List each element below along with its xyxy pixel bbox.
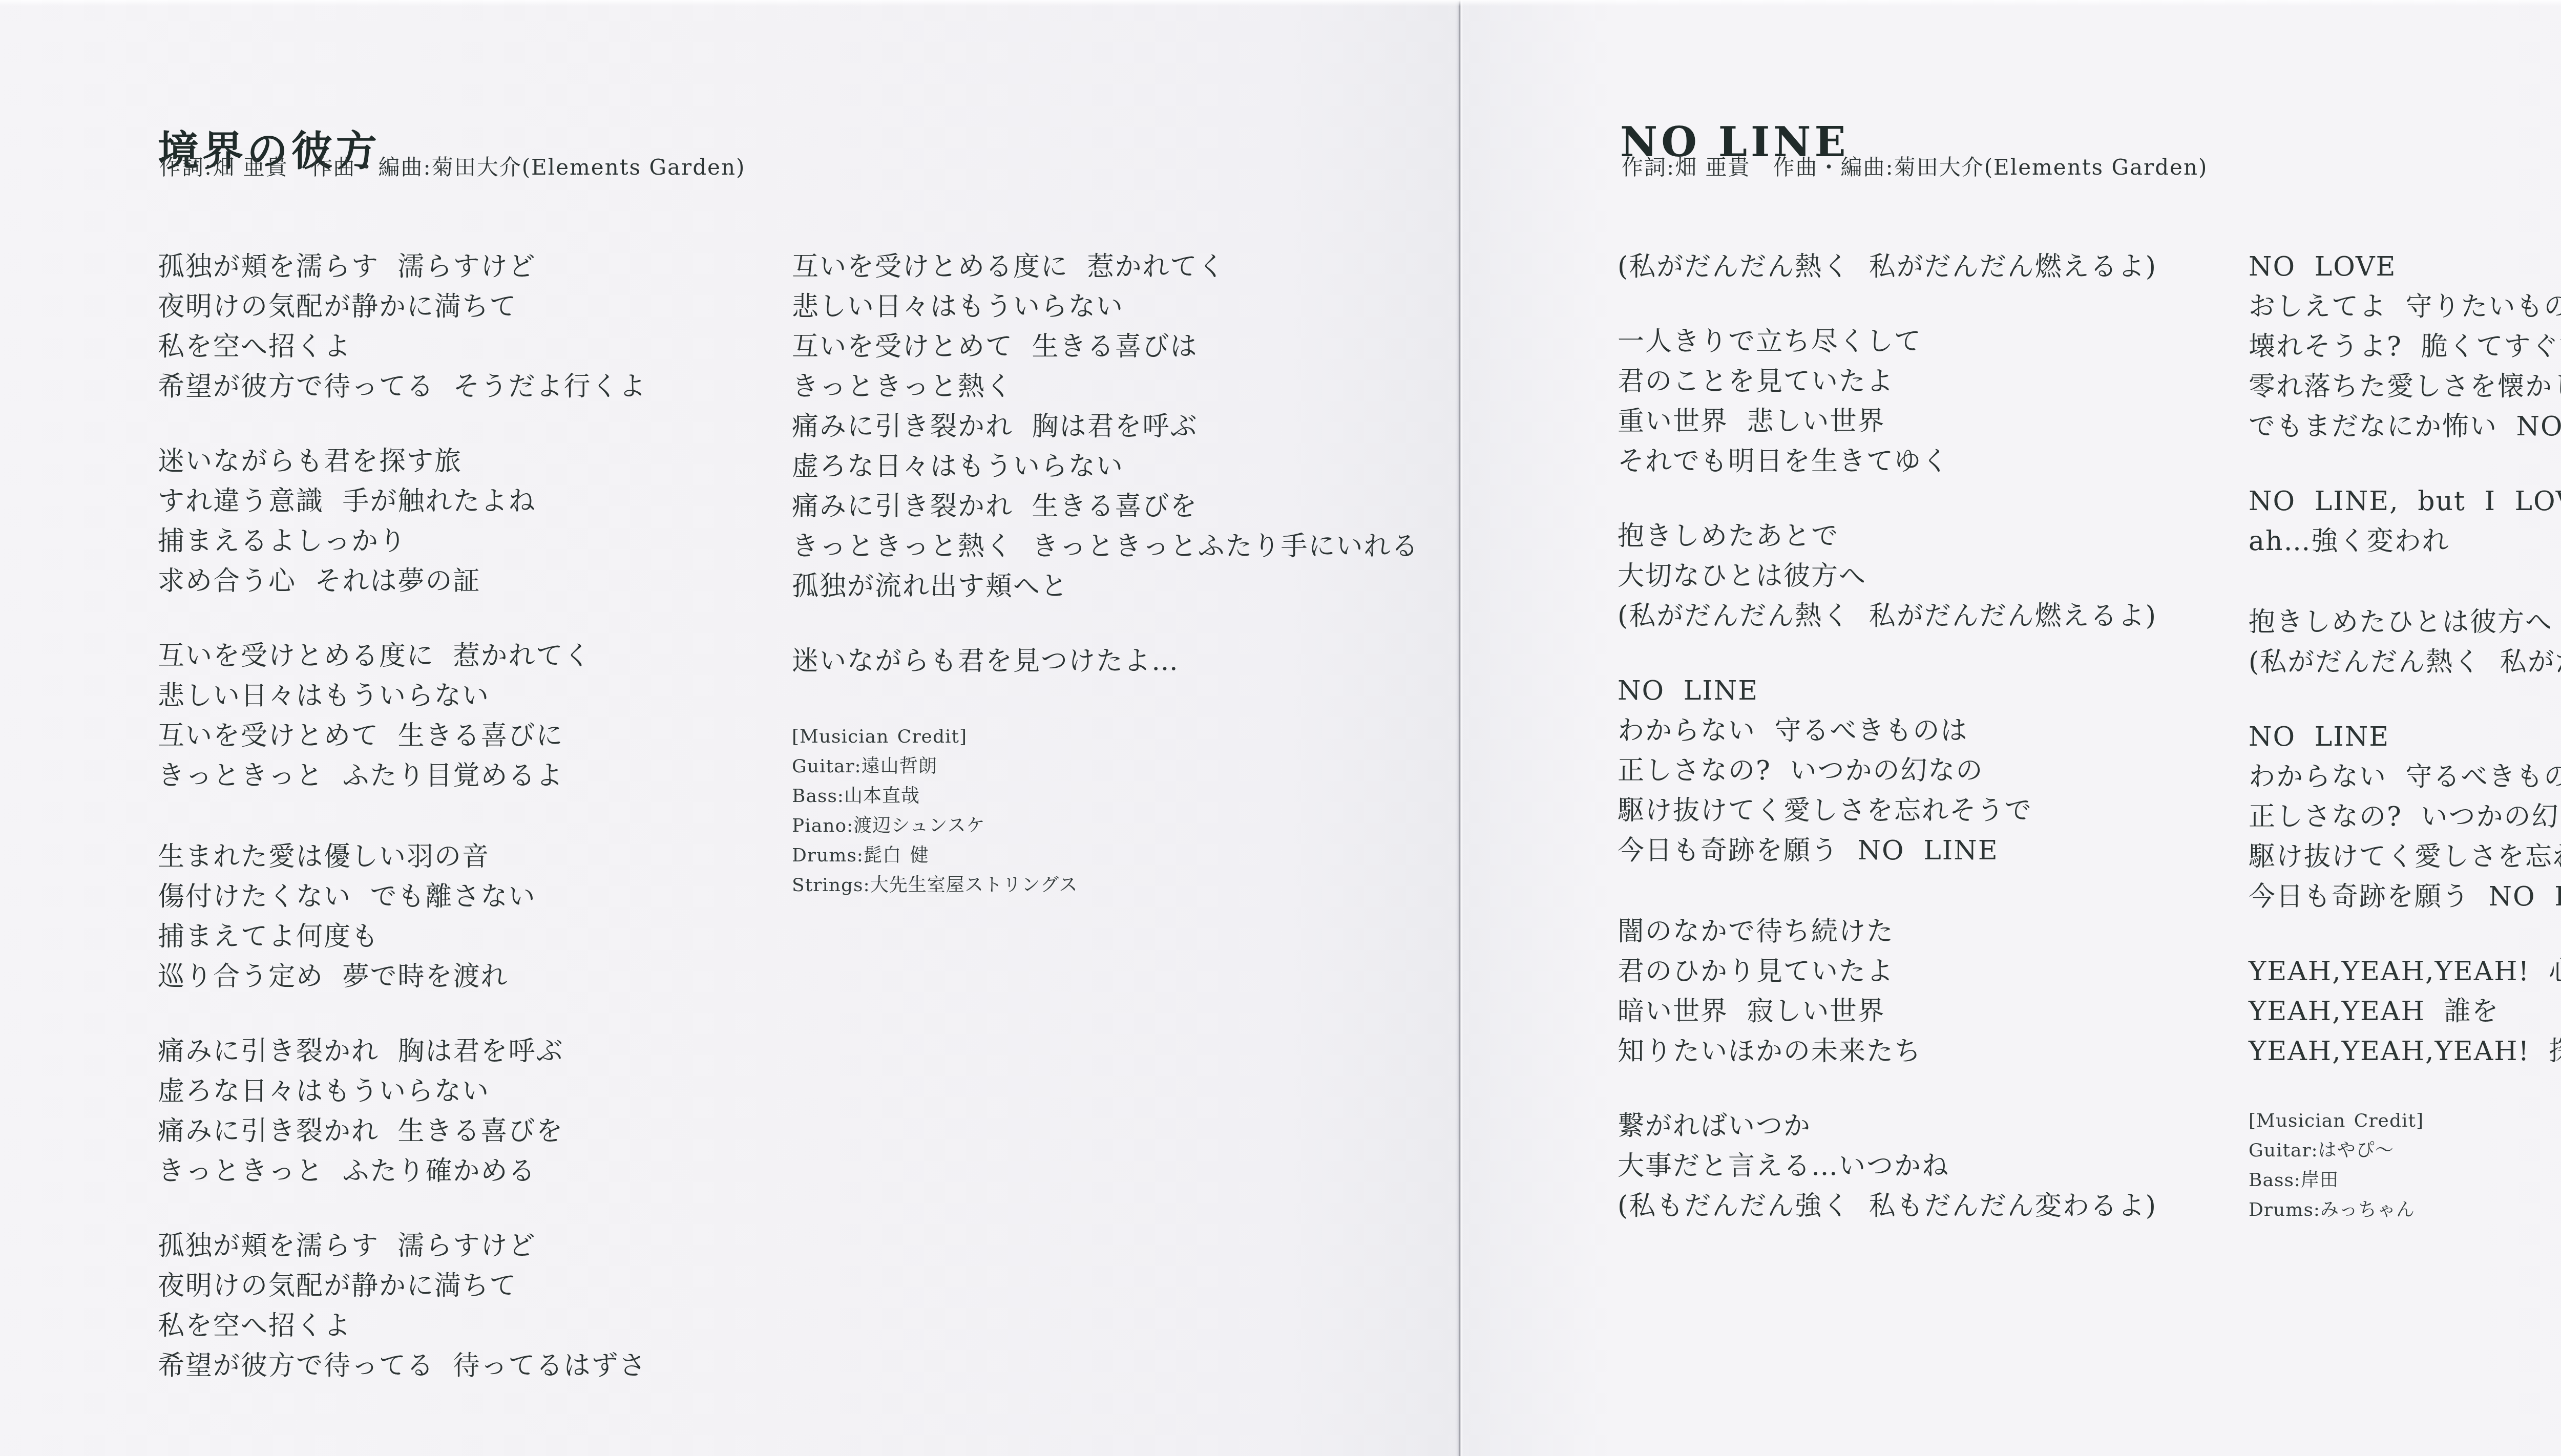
lyric-line: 捕まえてよ何度も [158,917,647,957]
lyric-line: でもまだなにか怖い NO LOVE [2249,407,2561,447]
lyric-line: きっときっと熱く [792,367,1419,407]
lyric-line: 希望が彼方で待ってる 待ってるはずさ [158,1346,647,1386]
credit-line: Bass:山本直哉 [792,782,1419,811]
lyric-line: NO LINE [2249,717,2561,757]
lyrics-column-left-1: 孤独が頬を濡らす 濡らすけど夜明けの気配が静かに満ちて私を空へ招くよ希望が彼方で… [158,247,647,1421]
lyric-stanza: 繋がればいつか大事だと言える…いつかね(私もだんだん強く 私もだんだん変わるよ) [1618,1106,2157,1226]
lyric-line: 希望が彼方で待ってる そうだよ行くよ [158,367,647,407]
lyric-line: NO LOVE [2249,247,2561,287]
lyric-line: 孤独が頬を濡らす 濡らすけど [158,247,647,287]
lyric-stanza: YEAH,YEAH,YEAH! 心はYEAH,YEAH 誰をYEAH,YEAH,… [2249,952,2561,1071]
lyric-line: 君のことを見ていたよ [1618,362,2157,402]
page-left: 境界の彼方 作詞:畑 亜貴 作曲・編曲:菊田大介(Elements Garden… [0,0,1460,1456]
lyric-line: YEAH,YEAH,YEAH! 探すの [2249,1031,2561,1071]
credit-line: [Musician Credit] [792,722,1419,752]
lyric-line: 夜明けの気配が静かに満ちて [158,1266,647,1306]
lyric-line: きっときっと ふたり目覚めるよ [158,756,647,796]
page-right: NO LINE 作詞:畑 亜貴 作曲・編曲:菊田大介(Elements Gard… [1462,0,2561,1456]
credit-line: Guitar:はやぴ〜 [2249,1136,2561,1166]
lyric-line: YEAH,YEAH,YEAH! 心は [2249,952,2561,991]
lyric-line: 巡り合う定め 夢で時を渡れ [158,957,647,997]
lyric-line: 悲しい日々はもういらない [158,676,647,716]
lyric-line: すれ違う意識 手が触れたよね [158,481,647,521]
lyric-line: 私を空へ招くよ [158,1306,647,1346]
lyric-line: 痛みに引き裂かれ 生きる喜びを [792,487,1419,526]
lyric-line: 重い世界 悲しい世界 [1618,402,2157,441]
lyric-line: 互いを受けとめて 生きる喜びに [158,716,647,756]
lyric-line: きっときっと熱く きっときっとふたり手にいれる [792,526,1419,566]
lyric-line: 暗い世界 寂しい世界 [1618,991,2157,1031]
lyric-line: 今日も奇跡を願う NO LINE [1618,831,2157,871]
lyric-line: 捕まえるよしっかり [158,521,647,561]
lyric-stanza: 互いを受けとめる度に 惹かれてく悲しい日々はもういらない互いを受けとめて 生きる… [158,636,647,796]
lyric-line: 一人きりで立ち尽くして [1618,322,2157,362]
credit-line: [Musician Credit] [2249,1106,2561,1136]
lyric-stanza: 孤独が頬を濡らす 濡らすけど夜明けの気配が静かに満ちて私を空へ招くよ希望が彼方で… [158,1226,647,1386]
musician-credit-block: [Musician Credit]Guitar:遠山哲朗Bass:山本直哉Pia… [792,722,1419,900]
lyric-line: 痛みに引き裂かれ 胸は君を呼ぶ [792,407,1419,447]
musician-credit-block: [Musician Credit]Guitar:はやぴ〜Bass:岸田Drums… [2249,1106,2561,1225]
lyric-stanza: 孤独が頬を濡らす 濡らすけど夜明けの気配が静かに満ちて私を空へ招くよ希望が彼方で… [158,247,647,407]
lyric-line: 迷いながらも君を見つけたよ… [792,641,1419,681]
lyric-line: (私がだんだん熱く 私がだんだん燃えるよ) [1618,596,2157,636]
lyric-stanza: (私がだんだん熱く 私がだんだん燃えるよ) [1618,247,2157,287]
lyric-line: 零れ落ちた愛しさを懐かしんで [2249,367,2561,407]
lyric-line: 繋がればいつか [1618,1106,2157,1146]
lyric-line: きっときっと ふたり確かめる [158,1151,647,1191]
lyrics-column-right-2: NO LOVEおしえてよ 守りたいものが壊れそうよ? 脆くてすぐ消えそう零れ落ち… [2249,247,2561,1260]
lyric-line: 正しさなの? いつかの幻なの [1618,751,2157,791]
lyric-stanza: 一人きりで立ち尽くして君のことを見ていたよ重い世界 悲しい世界それでも明日を生き… [1618,322,2157,481]
lyric-line: ah…強く変われ [2249,521,2561,561]
lyric-line: 正しさなの? いつかの幻なの [2249,797,2561,837]
lyric-stanza: 抱きしめたひとは彼方へ(私がだんだん熱く 私がだんだん燃えるよ) [2249,602,2561,682]
lyric-line: 知りたいほかの未来たち [1618,1031,2157,1071]
booklet-center-fold [1456,0,1463,1456]
lyric-line: 互いを受けとめる度に 惹かれてく [792,247,1419,287]
scan-edge-top [0,0,2561,6]
lyric-line: (私がだんだん熱く 私がだんだん燃えるよ) [1618,247,2157,287]
lyric-line: 互いを受けとめる度に 惹かれてく [158,636,647,676]
credit-line: Drums:みっちゃん [2249,1195,2561,1225]
credit-line: Strings:大先生室屋ストリングス [792,871,1419,900]
lyric-line: 痛みに引き裂かれ 生きる喜びを [158,1111,647,1151]
lyric-line: 虚ろな日々はもういらない [792,447,1419,487]
lyric-line: 互いを受けとめて 生きる喜びは [792,327,1419,367]
lyric-stanza: 闇のなかで待ち続けた君のひかり見ていたよ暗い世界 寂しい世界知りたいほかの未来た… [1618,912,2157,1071]
lyrics-column-right-1: (私がだんだん熱く 私がだんだん燃えるよ)一人きりで立ち尽くして君のことを見てい… [1618,247,2157,1261]
lyric-line: NO LINE [1618,671,2157,711]
credit-line: Piano:渡辺シュンスケ [792,811,1419,841]
lyric-line: わからない 守るべきものは [1618,711,2157,751]
lyric-stanza: 互いを受けとめる度に 惹かれてく悲しい日々はもういらない互いを受けとめて 生きる… [792,247,1419,606]
lyric-stanza: 痛みに引き裂かれ 胸は君を呼ぶ虚ろな日々はもういらない痛みに引き裂かれ 生きる喜… [158,1031,647,1191]
lyrics-column-left-2: 互いを受けとめる度に 惹かれてく悲しい日々はもういらない互いを受けとめて 生きる… [792,247,1419,935]
lyric-line: 夜明けの気配が静かに満ちて [158,287,647,327]
lyric-stanza: NO LINEわからない 守るべきものは正しさなの? いつかの幻なの駆け抜けてく… [1618,671,2157,871]
lyric-line: 君のひかり見ていたよ [1618,952,2157,991]
lyric-stanza: NO LINE, but I LOVEah…強く変われ [2249,481,2561,561]
lyric-line: 悲しい日々はもういらない [792,287,1419,327]
lyric-line: 抱きしめたあとで [1618,516,2157,556]
lyric-line: 駆け抜けてく愛しさを忘れそうで [2249,837,2561,877]
lyric-line: (私もだんだん強く 私もだんだん変わるよ) [1618,1186,2157,1226]
lyric-line: 求め合う心 それは夢の証 [158,561,647,601]
lyric-line: 今日も奇跡を願う NO LINE [2249,877,2561,917]
credit-line: Bass:岸田 [2249,1166,2561,1195]
lyric-stanza: NO LINEわからない 守るべきものは正しさなの? いつかの幻なの駆け抜けてく… [2249,717,2561,917]
lyric-line: 駆け抜けてく愛しさを忘れそうで [1618,791,2157,831]
lyric-line: 抱きしめたひとは彼方へ [2249,602,2561,642]
lyric-line: おしえてよ 守りたいものが [2249,287,2561,327]
writer-credit-right: 作詞:畑 亜貴 作曲・編曲:菊田大介(Elements Garden) [1622,151,2208,181]
lyric-line: 虚ろな日々はもういらない [158,1071,647,1111]
lyric-line: 壊れそうよ? 脆くてすぐ消えそう [2249,327,2561,367]
lyric-line: NO LINE, but I LOVE [2249,481,2561,521]
lyric-stanza: NO LOVEおしえてよ 守りたいものが壊れそうよ? 脆くてすぐ消えそう零れ落ち… [2249,247,2561,447]
lyric-line: 私を空へ招くよ [158,327,647,367]
lyric-line: 大切なひとは彼方へ [1618,556,2157,596]
credit-line: Guitar:遠山哲朗 [792,752,1419,782]
lyric-stanza: 生まれた愛は優しい羽の音傷付けたくない でも離さない捕まえてよ何度も巡り合う定め… [158,837,647,997]
lyric-line: 孤独が流れ出す頬へと [792,566,1419,606]
credit-line: Drums:髭白 健 [792,841,1419,871]
lyric-line: (私がだんだん熱く 私がだんだん燃えるよ) [2249,642,2561,682]
lyric-line: わからない 守るべきものは [2249,757,2561,797]
lyric-line: 孤独が頬を濡らす 濡らすけど [158,1226,647,1266]
writer-credit-left: 作詞:畑 亜貴 作曲・編曲:菊田大介(Elements Garden) [159,151,745,181]
lyric-stanza: 迷いながらも君を見つけたよ… [792,641,1419,681]
lyric-booklet-scan: 境界の彼方 作詞:畑 亜貴 作曲・編曲:菊田大介(Elements Garden… [0,0,2561,1456]
lyric-line: YEAH,YEAH 誰を [2249,991,2561,1031]
lyric-line: 痛みに引き裂かれ 胸は君を呼ぶ [158,1031,647,1071]
lyric-line: 大事だと言える…いつかね [1618,1146,2157,1186]
lyric-stanza: 抱きしめたあとで大切なひとは彼方へ(私がだんだん熱く 私がだんだん燃えるよ) [1618,516,2157,636]
lyric-line: 迷いながらも君を探す旅 [158,441,647,481]
lyric-stanza: 迷いながらも君を探す旅すれ違う意識 手が触れたよね捕まえるよしっかり求め合う心 … [158,441,647,601]
lyric-line: 生まれた愛は優しい羽の音 [158,837,647,877]
lyric-line: それでも明日を生きてゆく [1618,441,2157,481]
lyric-line: 闇のなかで待ち続けた [1618,912,2157,952]
lyric-line: 傷付けたくない でも離さない [158,877,647,917]
